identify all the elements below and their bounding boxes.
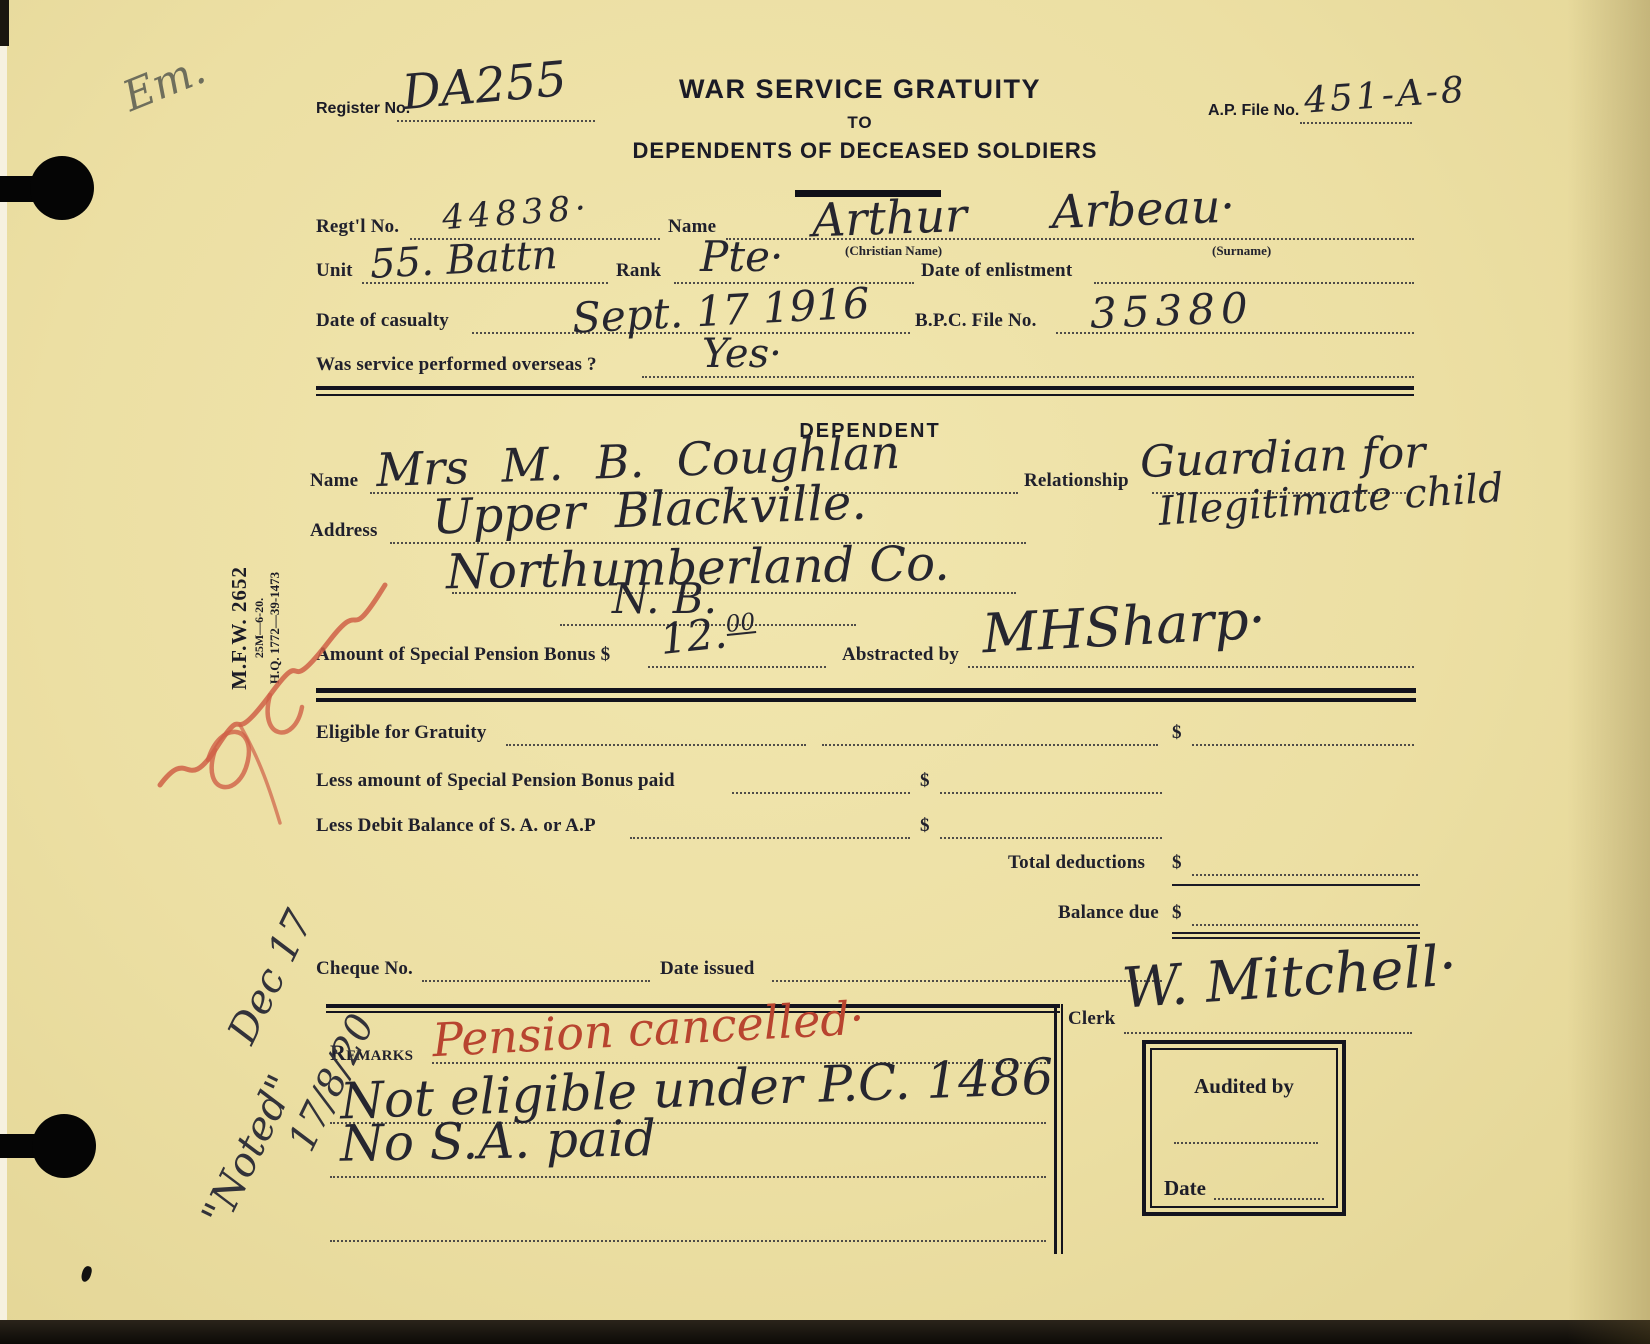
form-title-line1: WAR SERVICE GRATUITY <box>640 74 1080 105</box>
noted-annotation: "Noted" <box>196 1069 303 1231</box>
eligible-leader1 <box>506 744 806 746</box>
ap-file-line <box>1300 122 1412 124</box>
name-value: Arthur Arbeau· <box>811 183 1235 244</box>
rank-label: Rank <box>616 260 661 282</box>
less-bonus-leader <box>732 792 910 794</box>
audit-date-label: Date <box>1164 1176 1206 1201</box>
enlistment-line <box>1094 282 1414 284</box>
bpc-file-value: 35380 <box>1089 287 1254 335</box>
enlistment-label: Date of enlistment <box>921 260 1072 282</box>
less-bonus-amount-line <box>940 792 1162 794</box>
date-issued-label: Date issued <box>660 958 755 980</box>
date-issued-line <box>772 980 1162 982</box>
less-debit-amount-line <box>940 837 1162 839</box>
section-divider-rule <box>316 386 1414 396</box>
punch-hole-top <box>30 156 94 220</box>
red-flourish-signature <box>130 545 430 825</box>
cheque-no-line <box>422 980 650 982</box>
ap-file-label: A.P. File No. <box>1208 102 1299 120</box>
balance-due-label: Balance due <box>1058 902 1159 924</box>
relationship-label: Relationship <box>1024 470 1129 492</box>
register-no-label: Register No. <box>316 100 410 118</box>
pencil-corner-note: Em. <box>116 44 212 121</box>
less-debit-leader <box>630 837 910 839</box>
eligible-leader2 <box>822 744 1158 746</box>
address-label: Address <box>310 520 378 542</box>
overseas-value: Yes· <box>702 334 782 374</box>
unit-label: Unit <box>316 260 353 282</box>
remarks-box-right-rule <box>1054 1004 1063 1254</box>
register-no-line <box>397 120 595 122</box>
clerk-line <box>1124 1032 1412 1034</box>
rank-value: Pte· <box>700 236 783 278</box>
bonus-value: 12.00 <box>658 609 758 661</box>
form-title-line2: TO <box>640 113 1080 133</box>
register-no-value: DA255 <box>400 55 568 117</box>
eligible-dollar-sign: $ <box>1172 722 1182 744</box>
total-deductions-dollar-sign: $ <box>1172 852 1182 874</box>
address-value-line1: Upper Blackville. <box>431 478 867 541</box>
audited-box-inner: Audited by Date <box>1150 1048 1338 1208</box>
amounts-divider-rule <box>316 688 1416 702</box>
audited-box: Audited by Date <box>1142 1040 1346 1216</box>
audited-by-label: Audited by <box>1152 1074 1336 1099</box>
remarks-line3-rule <box>330 1176 1046 1178</box>
unit-value: 55. Battn <box>369 235 558 285</box>
noted-date-annotation: Dec 17 <box>222 905 320 1050</box>
audit-date-line <box>1214 1198 1324 1200</box>
regtl-no-label: Regt'l No. <box>316 216 399 238</box>
total-deductions-line <box>1192 874 1418 876</box>
less-debit-dollar-sign: $ <box>920 815 930 837</box>
scan-corner-shadow <box>0 0 9 46</box>
scanned-form-war-service-gratuity: Em. Register No. DA255 WAR SERVICE GRATU… <box>0 0 1650 1344</box>
audited-by-line <box>1174 1142 1318 1144</box>
punch-hole-bottom <box>32 1114 96 1178</box>
balance-due-line <box>1192 924 1418 926</box>
cheque-no-label: Cheque No. <box>316 958 413 980</box>
scan-bottom-shadow <box>0 1320 1650 1344</box>
casualty-label: Date of casualty <box>316 310 449 332</box>
eligible-amount-line <box>1192 744 1414 746</box>
bpc-file-label: B.P.C. File No. <box>915 310 1037 332</box>
bonus-cents: 00 <box>724 609 756 638</box>
balance-due-dollar-sign: $ <box>1172 902 1182 924</box>
abstracted-value: MHSharp· <box>981 593 1267 662</box>
overseas-label: Was service performed overseas ? <box>316 354 597 376</box>
clerk-label: Clerk <box>1068 1008 1115 1030</box>
total-deductions-label: Total deductions <box>1008 852 1145 874</box>
surname-caption: (Surname) <box>1212 243 1271 259</box>
remarks-line4-rule <box>330 1240 1046 1242</box>
form-title-line3: DEPENDENTS OF DECEASED SOLDIERS <box>615 138 1115 164</box>
ap-file-value: 451-A-8 <box>1303 72 1468 119</box>
dependent-name-label: Name <box>310 470 358 492</box>
clerk-signature: W. Mitchell· <box>1120 938 1458 1017</box>
less-bonus-dollar-sign: $ <box>920 770 930 792</box>
bonus-dollars: 12. <box>658 608 730 664</box>
total-deductions-underline <box>1172 884 1420 886</box>
bonus-line <box>648 666 826 668</box>
abstracted-line <box>968 666 1414 668</box>
christian-name-caption: (Christian Name) <box>845 243 942 259</box>
abstracted-label: Abstracted by <box>842 644 959 666</box>
ink-blot <box>80 1265 93 1283</box>
remarks-note-line3: No S.A. paid <box>340 1113 657 1169</box>
regtl-no-value: 44838· <box>441 191 592 235</box>
